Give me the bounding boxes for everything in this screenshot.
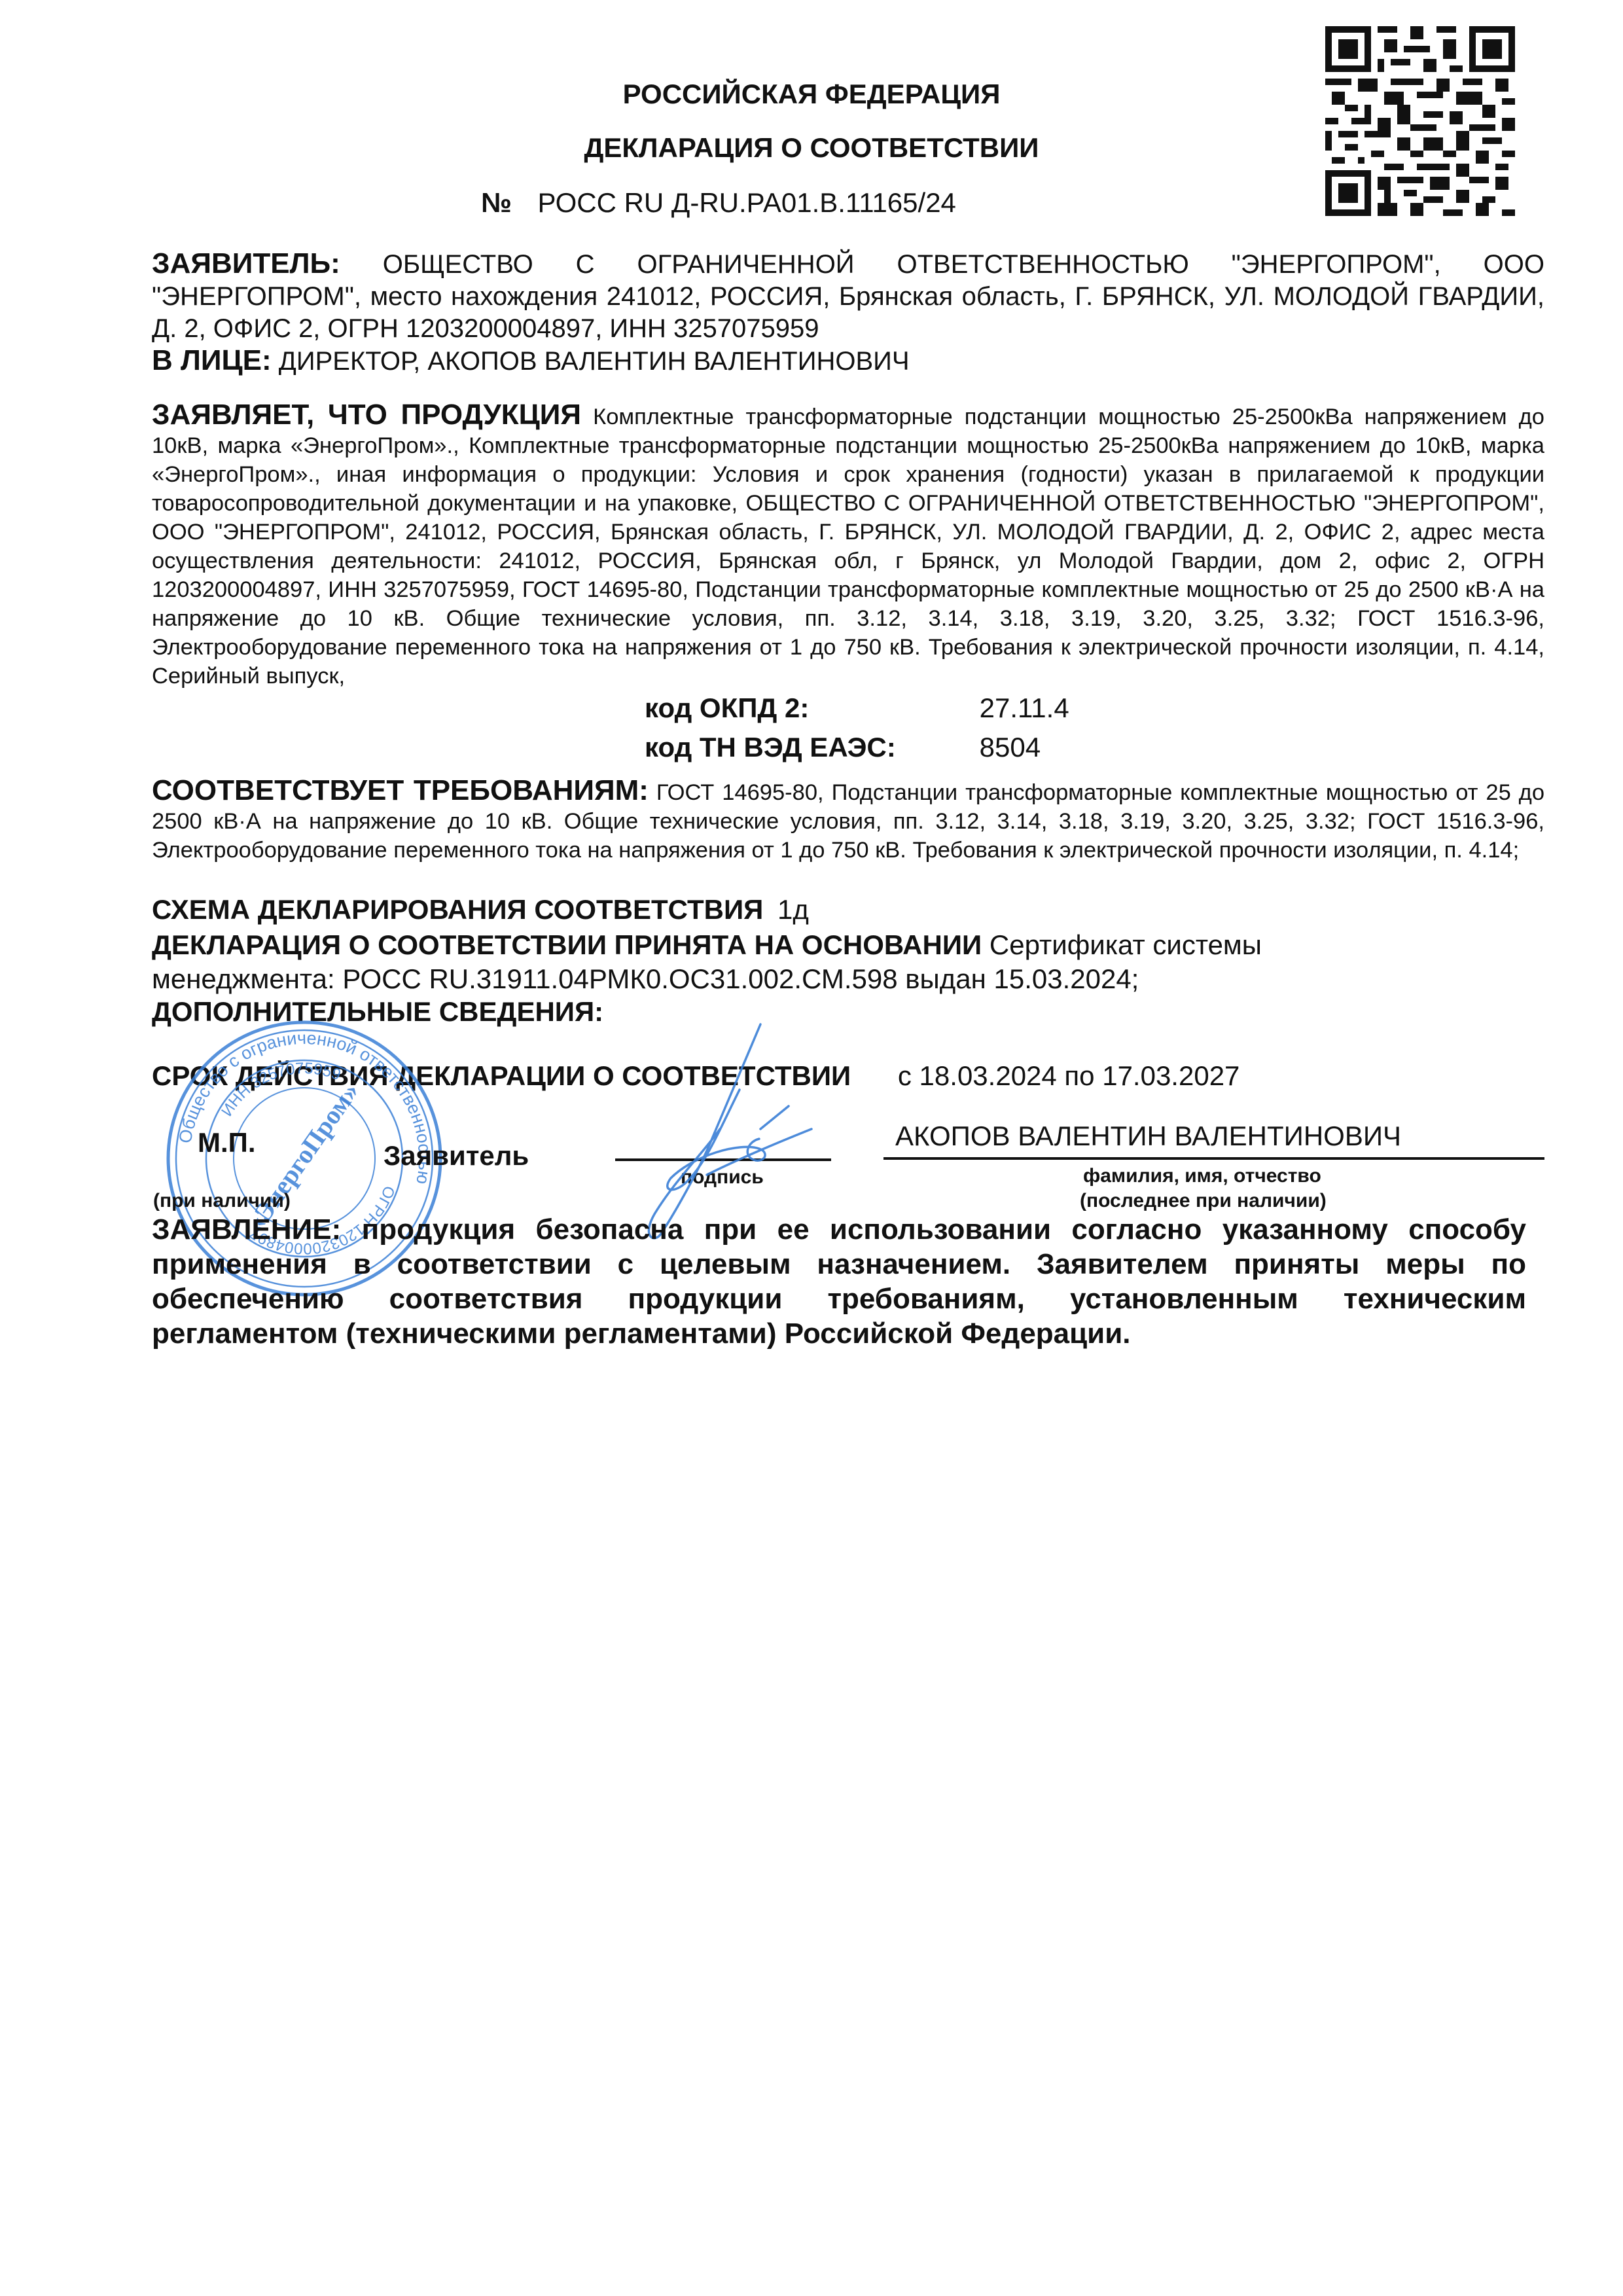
requirements-label: СООТВЕТСТВУЕТ ТРЕБОВАНИЯМ: xyxy=(152,774,649,806)
name-caption-1: фамилия, имя, отчество xyxy=(1083,1165,1321,1187)
declaration-number: РОСС RU Д-RU.РА01.В.11165/24 xyxy=(538,187,956,218)
statement-section: ЗАЯВЛЕНИЕ: продукция безопасна при ее ис… xyxy=(152,1212,1526,1351)
applicant-label: ЗАЯВИТЕЛЬ: xyxy=(152,247,340,279)
product-section: ЗАЯВЛЯЕТ, ЧТО ПРОДУКЦИЯ Комплектные тран… xyxy=(152,401,1544,691)
validity-dates: с 18.03.2024 по 17.03.2027 xyxy=(898,1060,1240,1091)
scheme-label: СХЕМА ДЕКЛАРИРОВАНИЯ СООТВЕТСТВИЯ xyxy=(152,894,763,925)
statement-label: ЗАЯВЛЕНИЕ: xyxy=(152,1213,341,1246)
document-title: ДЕКЛАРАЦИЯ О СООТВЕТСТВИИ xyxy=(0,132,1623,164)
statement-text: продукция безопасна при ее использовании… xyxy=(152,1213,1526,1350)
applicant-signature-label: Заявитель xyxy=(383,1140,529,1172)
tnved-code-row: код ТН ВЭД ЕАЭС: 8504 xyxy=(645,732,1041,763)
basis-section: ДЕКЛАРАЦИЯ О СООТВЕТСТВИИ ПРИНЯТА НА ОСН… xyxy=(152,928,1395,996)
represented-label: В ЛИЦЕ: xyxy=(152,344,272,376)
qr-code xyxy=(1325,26,1515,216)
handwritten-signature xyxy=(609,1018,831,1240)
seal-label: М.П. xyxy=(198,1127,256,1158)
name-caption-2: (последнее при наличии) xyxy=(1080,1190,1327,1212)
scheme-row: СХЕМА ДЕКЛАРИРОВАНИЯ СООТВЕТСТВИЯ 1д xyxy=(152,894,809,925)
product-label: ЗАЯВЛЯЕТ, ЧТО ПРОДУКЦИЯ xyxy=(152,399,581,431)
represented-text: ДИРЕКТОР, АКОПОВ ВАЛЕНТИН ВАЛЕНТИНОВИЧ xyxy=(279,347,910,376)
signer-full-name: АКОПОВ ВАЛЕНТИН ВАЛЕНТИНОВИЧ xyxy=(895,1121,1401,1152)
okpd-value: 27.11.4 xyxy=(980,692,1069,723)
requirements-section: СООТВЕТСТВУЕТ ТРЕБОВАНИЯМ: ГОСТ 14695-80… xyxy=(152,776,1544,865)
number-sign: № xyxy=(481,187,512,218)
tnved-value: 8504 xyxy=(980,732,1041,762)
tnved-label: код ТН ВЭД ЕАЭС: xyxy=(645,732,972,763)
represented-by: В ЛИЦЕ: ДИРЕКТОР, АКОПОВ ВАЛЕНТИН ВАЛЕНТ… xyxy=(152,344,910,378)
seal-note: (при наличии) xyxy=(153,1190,291,1212)
okpd-label: код ОКПД 2: xyxy=(645,692,972,724)
basis-label: ДЕКЛАРАЦИЯ О СООТВЕТСТВИИ ПРИНЯТА НА ОСН… xyxy=(152,929,982,960)
applicant-text: ОБЩЕСТВО С ОГРАНИЧЕННОЙ ОТВЕТСТВЕННОСТЬЮ… xyxy=(152,250,1544,343)
applicant-section: ЗАЯВИТЕЛЬ: ОБЩЕСТВО С ОГРАНИЧЕННОЙ ОТВЕТ… xyxy=(152,247,1544,345)
declaration-number-row: № РОСС RU Д-RU.РА01.В.11165/24 xyxy=(481,187,956,219)
country-title: РОССИЙСКАЯ ФЕДЕРАЦИЯ xyxy=(0,79,1623,110)
product-text: Комплектные трансформаторные подстанции … xyxy=(152,404,1544,689)
scheme-value: 1д xyxy=(777,894,809,925)
name-line xyxy=(883,1157,1544,1160)
okpd-code-row: код ОКПД 2: 27.11.4 xyxy=(645,692,1069,724)
